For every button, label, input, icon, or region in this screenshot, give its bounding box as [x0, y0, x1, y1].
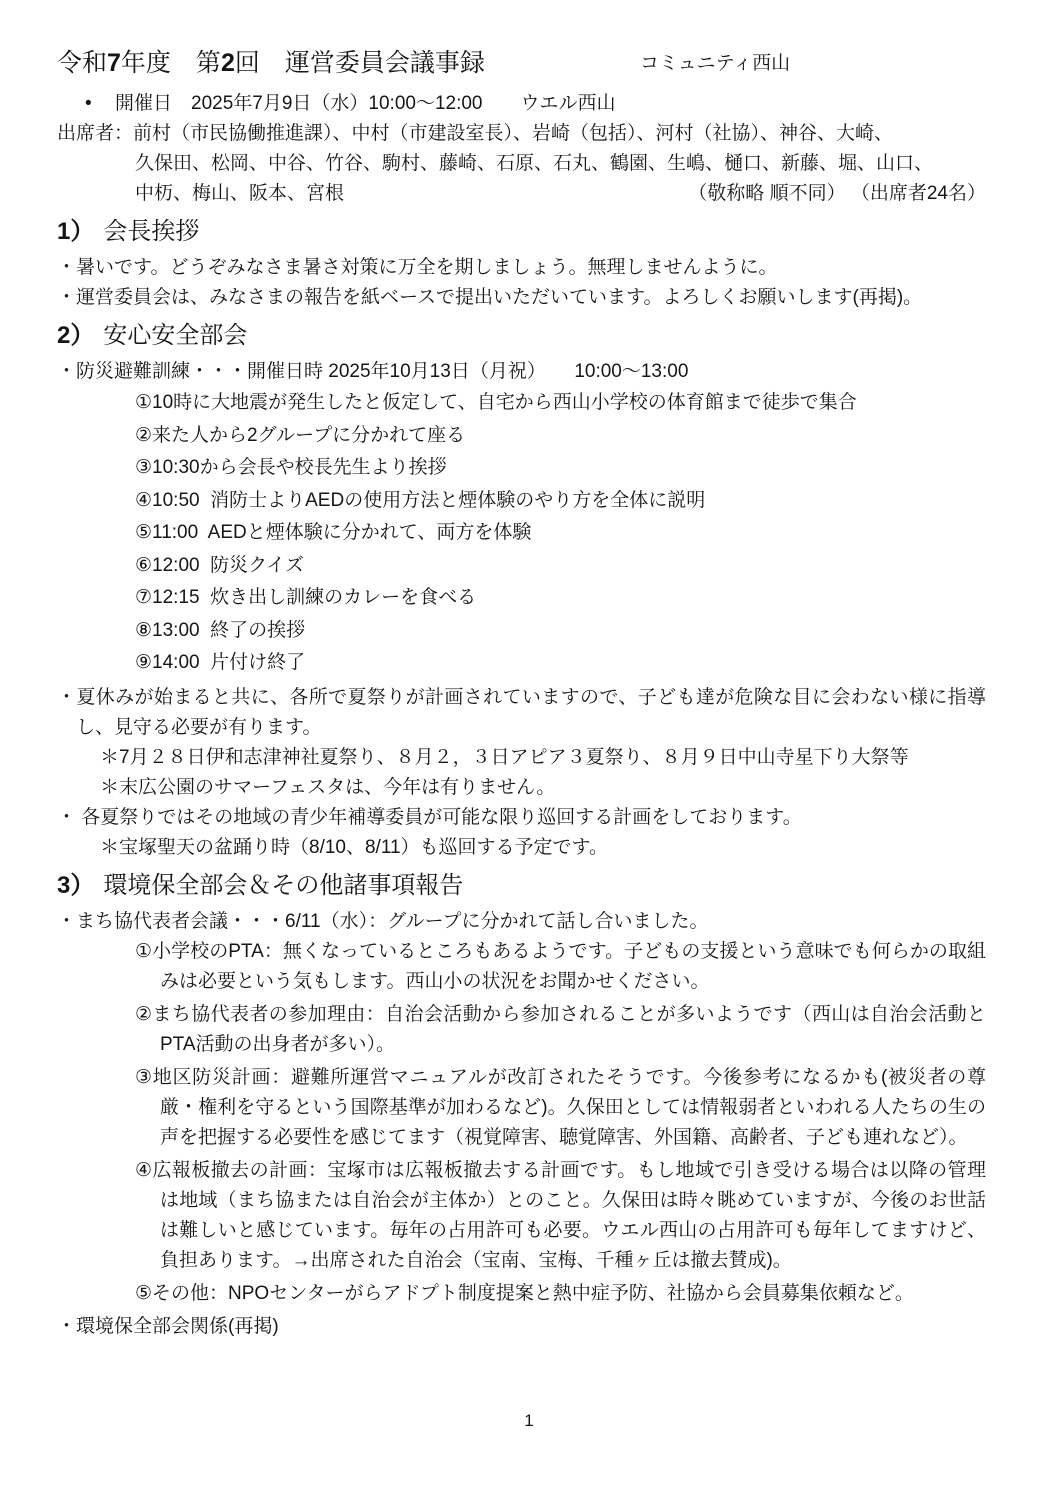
bullet-item: ・運営委員会は、みなさまの報告を紙ベースで提出いただいています。よろしくお願いし…	[57, 283, 986, 313]
note-item: ＊7月２８日伊和志津神社夏祭り、８月２，３日アピア３夏祭り、８月９日中山寺星下り…	[57, 743, 986, 773]
title-text-3: 回 運営委員会議事録	[235, 49, 485, 77]
agenda-step: ⑤11:00 AEDと煙体験に分かれて、両方を体験	[57, 517, 986, 550]
section-1-heading: 1）会長挨拶	[57, 215, 986, 249]
section-2-title: 安心安全部会	[103, 322, 247, 349]
attendees-line-1: 出席者：前村（市民協働推進課）、中村（市建設室長）、岩崎（包括）、河村（社協）、…	[57, 119, 986, 149]
attendees-line-2: 久保田、松岡、中谷、竹谷、駒村、藤崎、石原、石丸、鶴園、生嶋、樋口、新藤、堀、山…	[57, 149, 986, 179]
section-3-title: 環境保全部会＆その他諸事項報告	[103, 872, 463, 899]
agenda-step: ⑦12:15 炊き出し訓練のカレーを食べる	[57, 582, 986, 615]
list-bullet-icon: •	[85, 89, 115, 119]
report-item: ①小学校のPTA：無くなっているところもあるようです。子どもの支援という意味でも…	[57, 937, 986, 997]
bullet-item: ・夏休みが始まると共に、各所で夏祭りが計画されていますので、子ども達が危険な目に…	[57, 683, 986, 743]
attendees-line-3: 中杤、梅山、阪本、宮根（敬称略 順不同） （出席者24名）	[57, 179, 986, 209]
document-page: 令和7年度 第2回 運営委員会議事録コミュニティ西山 •開催日 2025年7月9…	[0, 0, 1058, 1497]
doc-title: 令和7年度 第2回 運営委員会議事録	[57, 49, 485, 77]
section-3-number: 3）	[57, 872, 94, 899]
title-row: 令和7年度 第2回 運営委員会議事録コミュニティ西山	[57, 46, 986, 80]
meeting-date-text: 開催日 2025年7月9日（水）10:00～12:00 ウエル西山	[115, 89, 616, 119]
report-item: ③地区防災計画：避難所運営マニュアルが改訂されたそうです。今後参考になるかも(被…	[57, 1063, 986, 1153]
report-item: ⑤その他：NPOセンターがらアドプト制度提案と熱中症予防、社協から会員募集依頼な…	[57, 1279, 986, 1309]
bullet-item: ・まち協代表者会議・・・6/11（水）：グループに分かれて話し合いました。	[57, 907, 986, 937]
meeting-date-line: •開催日 2025年7月9日（水）10:00～12:00 ウエル西山	[57, 89, 986, 119]
agenda-step: ⑨14:00 片付け終了	[57, 647, 986, 680]
report-item: ②まち協代表者の参加理由：自治会活動から参加されることが多いようです（西山は自治…	[57, 1000, 986, 1060]
attendees-note: （敬称略 順不同） （出席者24名）	[688, 179, 986, 209]
agenda-step: ④10:50 消防士よりAEDの使用方法と煙体験のやり方を全体に説明	[57, 485, 986, 518]
title-text-1: 令和	[57, 49, 107, 77]
title-session-number: 2	[221, 49, 235, 77]
section-2-heading: 2）安心安全部会	[57, 319, 986, 353]
bullet-item: ・暑いです。どうぞみなさま暑さ対策に万全を期しましょう。無理しませんように。	[57, 253, 986, 283]
report-item: ④広報板撤去の計画：宝塚市は広報板撤去する計画です。もし地域で引き受ける場合は以…	[57, 1156, 986, 1276]
bullet-item: ・環境保全部会関係(再掲)	[57, 1312, 986, 1342]
page-number: 1	[0, 1411, 1058, 1431]
section-1-number: 1）	[57, 218, 94, 245]
title-text-2: 年度 第	[121, 49, 221, 77]
section-3-heading: 3）環境保全部会＆その他諸事項報告	[57, 869, 986, 903]
attendees-names: 中杤、梅山、阪本、宮根	[135, 179, 344, 209]
note-item: ＊宝塚聖天の盆踊り時（8/10、8/11）も巡回する予定です。	[57, 833, 986, 863]
section-1-title: 会長挨拶	[103, 218, 199, 245]
agenda-step: ②来た人から2グループに分かれて座る	[57, 420, 986, 453]
section-2-number: 2）	[57, 322, 94, 349]
agenda-step: ⑧13:00 終了の挨拶	[57, 615, 986, 648]
agenda-step: ⑥12:00 防災クイズ	[57, 550, 986, 583]
community-label: コミュニティ西山	[640, 51, 790, 77]
agenda-step: ①10時に大地震が発生したと仮定して、自宅から西山小学校の体育館まで徒歩で集合	[57, 387, 986, 420]
agenda-step: ③10:30から会長や校長先生より挨拶	[57, 452, 986, 485]
title-year-number: 7	[107, 49, 121, 77]
bullet-item: ・防災避難訓練・・・開催日時 2025年10月13日（月祝） 10:00～13:…	[57, 357, 986, 387]
note-item: ＊末広公園のサマーフェスタは、今年は有りません。	[57, 773, 986, 803]
bullet-item: ・ 各夏祭りではその地域の青少年補導委員が可能な限り巡回する計画をしております。	[57, 803, 986, 833]
